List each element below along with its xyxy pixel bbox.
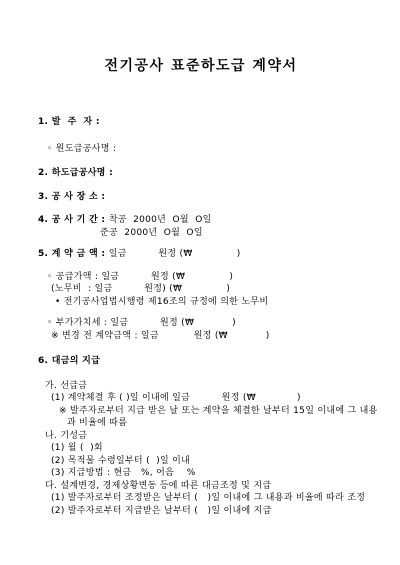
price-adjustment-item-1: (1) 발주자로부터 조정받은 날부터 ( )일 이내에 그 내용과 비율에 따… xyxy=(38,492,376,505)
advance-payment-item-text: (1) 계약체결 후 ( )일 이내에 일금 원정 (₩ ) xyxy=(51,393,301,403)
advance-payment-note-line-2: 과 비율에 따름 xyxy=(38,417,376,430)
section-construction-period: 4. 공 사 기 간 : 착공 2000년 O월 O일 xyxy=(38,214,376,227)
pre-change-amount-line: ※ 변경 전 계약금액 : 일금 원정 (₩ ) xyxy=(38,330,376,343)
section-payment: 6. 대금의 지급 xyxy=(38,355,376,368)
section-subcontract-name: 2. 하도급공사명 : xyxy=(38,167,376,180)
advance-payment-note-text-1: ※ 발주자로부터 지급 받은 날 또는 계약을 체결한 날부터 15일 이내에 … xyxy=(59,406,378,416)
progress-payment-item-1: (1) 월 ( )회 xyxy=(38,442,376,455)
section-label: 4. 공 사 기 간 : xyxy=(38,215,109,225)
progress-payment-item-2: (2) 목적물 수령일부터 ( )일 이내 xyxy=(38,455,376,468)
advance-payment-note-text-2: 과 비율에 따름 xyxy=(67,418,127,428)
progress-payment-item-2-text: (2) 목적물 수령일부터 ( )일 이내 xyxy=(51,456,190,466)
section-construction-site: 3. 공 사 장 소 : xyxy=(38,191,376,204)
advance-payment-item-1: (1) 계약체결 후 ( )일 이내에 일금 원정 (₩ ) xyxy=(38,392,376,405)
progress-payment-item-3-text: (3) 지급방법 : 현금 %, 어음 % xyxy=(51,468,196,478)
start-date-text: 착공 2000년 O월 O일 xyxy=(109,215,212,225)
price-adjustment-text: 다. 설계변경, 경제상황변동 등에 따른 대금조정 및 지급 xyxy=(45,481,271,491)
supply-value-text: ◦ 공급가액 : 일금 원정 (₩ ) xyxy=(47,272,233,282)
section-label: 1. 발 주 자 : xyxy=(38,117,100,127)
section-text: ◦ 원도급공사명 : xyxy=(47,144,116,154)
price-adjustment-item-2-text: (2) 발주자로부터 지급받은 날부터 ( )일 이내에 지급 xyxy=(51,506,272,516)
section-label: 2. 하도급공사명 : xyxy=(38,168,113,178)
progress-payment-heading: 나. 기성금 xyxy=(38,430,376,443)
vat-text: ◦ 부가가치세 : 일금 원정 (₩ ) xyxy=(47,318,236,328)
section-contract-amount: 5. 계 약 금 액 : 일금 원정 (₩ ) xyxy=(38,248,376,261)
progress-payment-item-1-text: (1) 월 ( )회 xyxy=(51,443,103,453)
pre-change-amount-text: ※ 변경 전 계약금액 : 일금 원정 (₩ ) xyxy=(51,331,270,341)
supply-value-line: ◦ 공급가액 : 일금 원정 (₩ ) xyxy=(38,271,376,284)
advance-payment-heading: 가. 선급금 xyxy=(38,380,376,393)
document-title: 전기공사 표준하도급 계약서 xyxy=(26,56,376,76)
completion-date-text: 준공 2000년 O월 O일 xyxy=(100,228,203,238)
advance-payment-note-line-1: ※ 발주자로부터 지급 받은 날 또는 계약을 체결한 날부터 15일 이내에 … xyxy=(38,405,376,418)
progress-payment-item-3: (3) 지급방법 : 현금 %, 어음 % xyxy=(38,467,376,480)
vat-line: ◦ 부가가치세 : 일금 원정 (₩ ) xyxy=(38,317,376,330)
price-adjustment-item-1-text: (1) 발주자로부터 조정받은 날부터 ( )일 이내에 그 내용과 비율에 따… xyxy=(51,493,365,503)
advance-payment-text: 가. 선급금 xyxy=(45,381,87,391)
price-adjustment-item-2: (2) 발주자로부터 지급받은 날부터 ( )일 이내에 지급 xyxy=(38,505,376,518)
section-orderer: 1. 발 주 자 : xyxy=(38,116,376,129)
progress-payment-text: 나. 기성금 xyxy=(45,431,87,441)
labor-cost-note: • 전기공사업법시행령 제16조의 규정에 의한 노무비 xyxy=(38,296,376,309)
labor-cost-line: (노무비 : 일금 원정) (₩ ) xyxy=(38,283,376,296)
contract-document-page: 전기공사 표준하도급 계약서 1. 발 주 자 : ◦ 원도급공사명 : 2. … xyxy=(0,0,400,565)
section-label: 5. 계 약 금 액 : xyxy=(38,249,109,259)
price-adjustment-heading: 다. 설계변경, 경제상황변동 등에 따른 대금조정 및 지급 xyxy=(38,480,376,493)
completion-date-line: 준공 2000년 O월 O일 xyxy=(38,227,376,240)
labor-cost-note-text: • 전기공사업법시행령 제16조의 규정에 의한 노무비 xyxy=(55,297,268,307)
section-label: 6. 대금의 지급 xyxy=(38,356,100,366)
section-label: 3. 공 사 장 소 : xyxy=(38,192,105,202)
labor-cost-text: (노무비 : 일금 원정) (₩ ) xyxy=(51,284,230,294)
original-contract-name-line: ◦ 원도급공사명 : xyxy=(38,143,376,156)
amount-text: 일금 원정 (₩ ) xyxy=(109,249,241,259)
